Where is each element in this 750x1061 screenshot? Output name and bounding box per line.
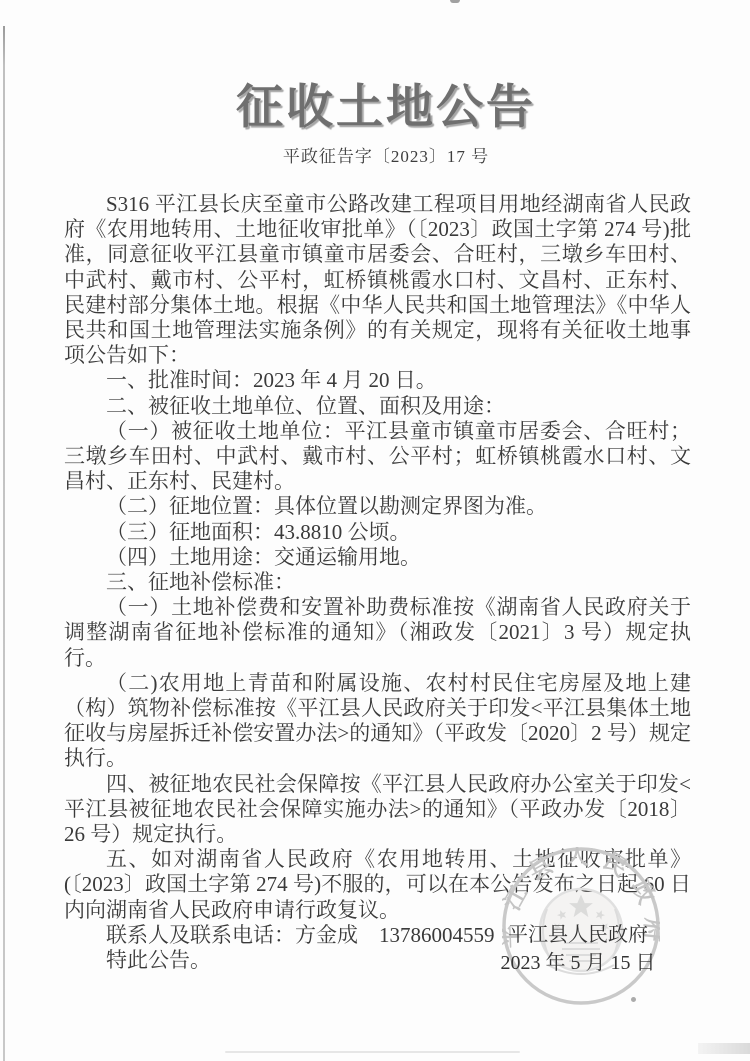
paragraph: 二、被征收土地单位、位置、面积及用途： [64, 394, 691, 419]
scan-smudge-corner [698, 1043, 750, 1054]
paragraph: （一）土地补偿费和安置补助费标准按《湖南省人民政府关于调整湖南省征地补偿标准的通… [64, 595, 691, 671]
paragraph: （二)农用地上青苗和附属设施、农村村民住宅房屋及地上建（构）筑物补偿标准按《平江… [64, 671, 691, 772]
paragraph: 三、征地补偿标准： [64, 570, 691, 595]
paragraph: （二）征地位置：具体位置以勘测定界图为准。 [64, 494, 691, 519]
paragraph: 四、被征地农民社会保障按《平江县人民政府办公室关于印发<平江县被征地农民社会保障… [64, 772, 691, 848]
signature-issuer: 平江县人民政府 [492, 921, 664, 949]
paragraph: （四）土地用途：交通运输用地。 [64, 545, 691, 570]
scan-edge-artifact [3, 26, 5, 1061]
paragraph: （一）被征收土地单位：平江县童市镇童市居委会、合旺村；三墩乡车田村、中武村、戴市… [64, 419, 691, 495]
scan-smudge-bottom [225, 1051, 520, 1053]
paragraph: S316 平江县长庆至童市公路改建工程项目用地经湖南省人民政府《农用地转用、土地… [64, 192, 691, 368]
scan-speck-top [450, 0, 460, 3]
document-number: 平政征告字〔2023〕17 号 [11, 142, 750, 167]
signature-date: 2023 年 5 月 15 日 [492, 949, 664, 977]
paragraph: 一、批准时间：2023 年 4 月 20 日。 [64, 368, 691, 393]
paragraph: （三）征地面积：43.8810 公顷。 [64, 520, 691, 545]
signature-block: 平江县人民政府 2023 年 5 月 15 日 [492, 921, 664, 977]
page-title: 征收土地公告 [11, 70, 750, 137]
scanned-announcement-page: 征收土地公告 平政征告字〔2023〕17 号 S316 平江县长庆至童市公路改建… [0, 0, 750, 1061]
